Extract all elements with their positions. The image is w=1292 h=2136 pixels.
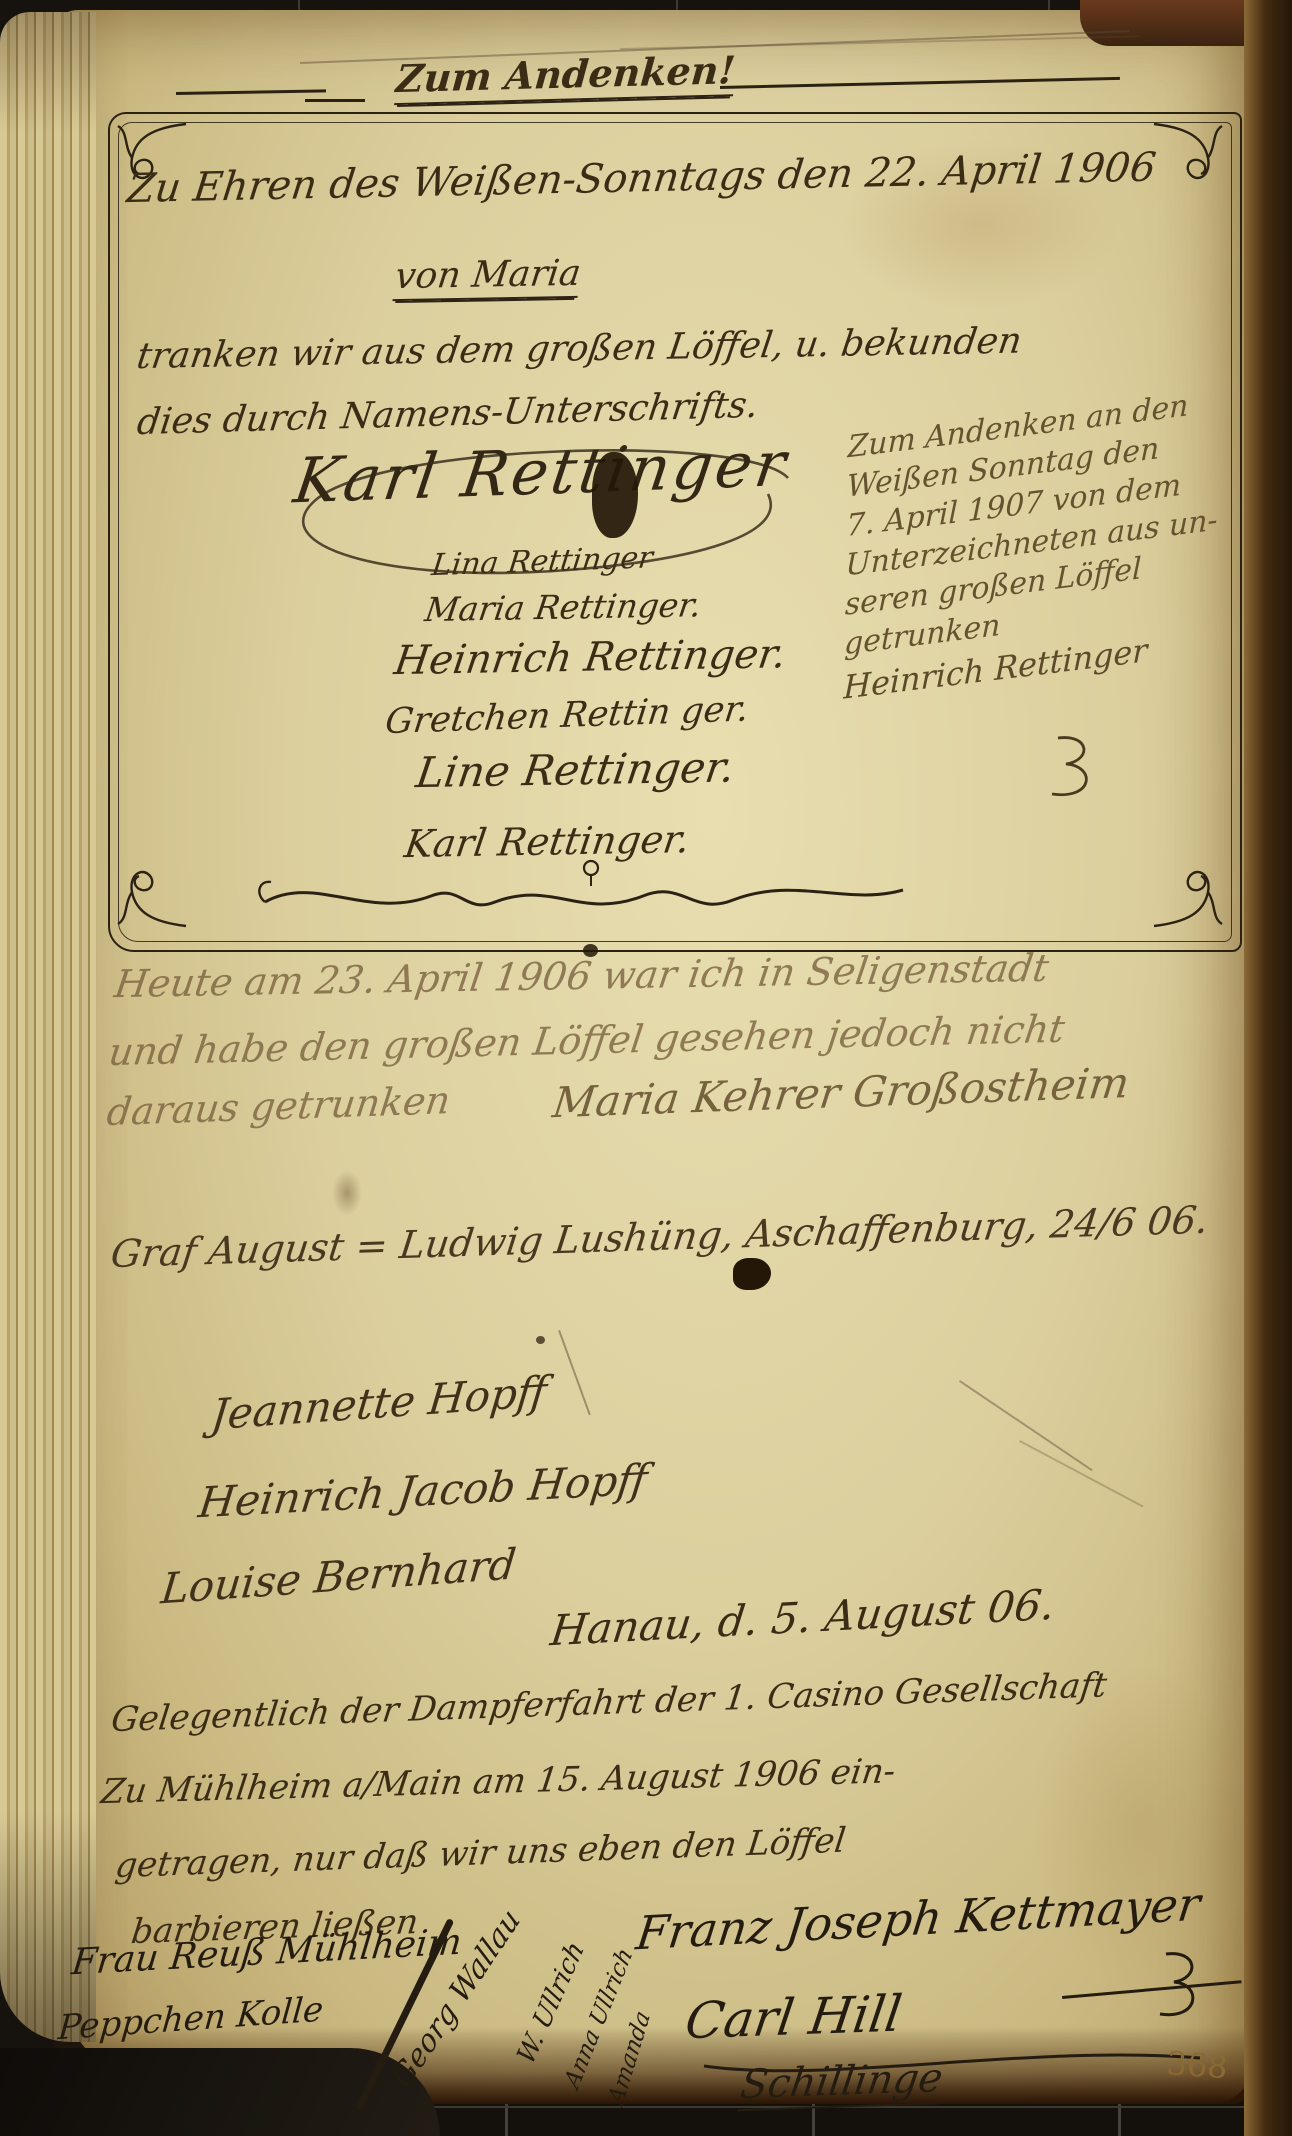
guestbook-photo: Zum Andenken! Zu Ehren des Weißen-Sonnta… (0, 0, 1292, 2136)
pen-flourish-line (305, 99, 365, 102)
ink-blot (536, 1336, 545, 1344)
ink-spot (583, 944, 598, 957)
page-title: Zum Andenken! (394, 47, 737, 101)
page-block-right-edge (1244, 0, 1292, 2136)
signature: Line Rettinger. (413, 742, 738, 797)
book-page-stack-edge (0, 12, 96, 2042)
divider-flourish (255, 858, 915, 930)
signature: Carl Hill (682, 1984, 906, 2050)
corner-flourish (112, 852, 192, 932)
entry-1906-by-line: von Maria (393, 253, 583, 297)
flourish-squiggle (1042, 732, 1112, 804)
dark-corner (0, 2048, 440, 2136)
signature: Heinrich Rettinger. (392, 631, 790, 684)
page-number: 368 (1165, 2044, 1229, 2086)
signature: Schillinge (737, 2055, 945, 2108)
signature: Maria Rettinger. (423, 585, 704, 629)
signature: Karl Rettinger. (402, 817, 693, 866)
stain (1030, 1660, 1250, 1990)
corner-flourish (1148, 852, 1228, 932)
corner-flourish (1148, 118, 1228, 198)
note-1907: Zum Andenken an den Weißen Sonntag den 7… (843, 382, 1220, 707)
stain (332, 1170, 362, 1216)
